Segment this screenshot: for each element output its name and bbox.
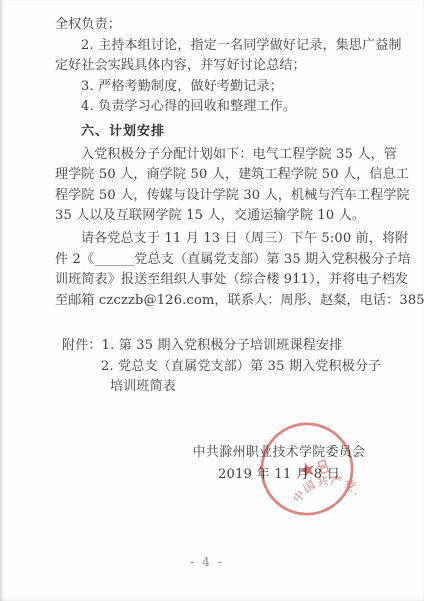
attachment-label: 附件： — [62, 338, 102, 353]
page-number: - 4 - — [0, 555, 414, 569]
attachment-list: 附件：1. 第 35 期入党积极分子培训班课程安排 2. 党总支（直属党支部）第… — [62, 336, 381, 398]
body-line: 35 人以及互联网学院 15 人，交通运输学院 10 人。 — [55, 206, 401, 227]
attachment-item-2-continued: 培训班简表 — [62, 377, 381, 398]
body-line: 定好社会实践具体内容，并写好讨论总结； — [55, 56, 401, 77]
section-heading: 六、计划安排 — [55, 122, 401, 143]
body-line: 全权负责； — [55, 15, 401, 36]
body-line: 3. 严格考勤制度，做好考勤记录； — [55, 77, 401, 98]
body-line: 件 2《______党总支（直属党支部）第 35 期入党积极分子培 — [55, 250, 401, 271]
signature-block: 中共滁州职业技术学院委员会 2019 年 11 月 8 日 — [188, 442, 370, 485]
body-line: 请各党总支于 11 月 13 日（周三）下午 5:00 前，将附 — [55, 229, 401, 250]
attachment-item-2: 2. 党总支（直属党支部）第 35 期入党积极分子 — [62, 357, 381, 378]
attachment-item-1: 1. 第 35 期入党积极分子培训班课程安排 — [102, 338, 343, 353]
body-text: 全权负责； 2. 主持本组讨论，指定一名同学做好记录，集思广益制 定好社会实践具… — [55, 15, 401, 311]
issuing-organization: 中共滁州职业技术学院委员会 — [188, 442, 370, 464]
body-line: 训班简表》报送至组织人事处（综合楼 911），并将电子档发 — [55, 270, 401, 291]
issue-date: 2019 年 11 月 8 日 — [188, 464, 370, 486]
body-line: 理学院 50 人，商学院 50 人，建筑工程学院 50 人，信息工 — [55, 165, 401, 186]
body-line: 程学院 50 人，传媒与设计学院 30 人，机械与汽车工程学院 — [55, 186, 401, 207]
body-line: 4. 负责学习心得的回收和整理工作。 — [55, 97, 401, 118]
body-line: 2. 主持本组讨论，指定一名同学做好记录，集思广益制 — [55, 36, 401, 57]
body-line: 至邮箱 czczzb@126.com，联系人：周彤、赵粲，电话：3854628。 — [55, 291, 401, 312]
attachment-item: 附件：1. 第 35 期入党积极分子培训班课程安排 — [62, 336, 381, 357]
body-line: 入党积极分子分配计划如下：电气工程学院 35 人，管 — [55, 145, 401, 166]
document-page: 全权负责； 2. 主持本组讨论，指定一名同学做好记录，集思广益制 定好社会实践具… — [0, 0, 424, 601]
